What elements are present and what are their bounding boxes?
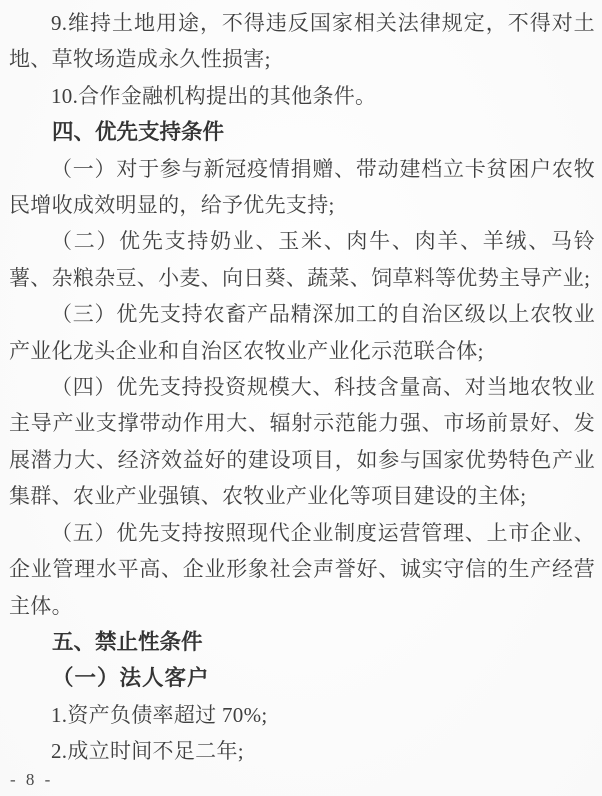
section-heading: 四、优先支持条件 [9, 114, 595, 150]
paragraph: 2.成立时间不足二年; [9, 733, 595, 769]
sub-heading: （一）法人客户 [9, 660, 595, 696]
page-number: - 8 - [10, 770, 53, 790]
paragraph: （一）对于参与新冠疫情捐赠、带动建档立卡贫困户农牧民增收成效明显的，给予优先支持… [9, 151, 595, 224]
document-page: 9.维持土地用途，不得违反国家相关法律规定，不得对土地、草牧场造成永久性损害;1… [0, 0, 602, 796]
section-heading: 五、禁止性条件 [9, 624, 595, 660]
document-body: 9.维持土地用途，不得违反国家相关法律规定，不得对土地、草牧场造成永久性损害;1… [9, 5, 595, 770]
paragraph: 1.资产负债率超过 70%; [9, 697, 595, 733]
paragraph: 10.合作金融机构提出的其他条件。 [9, 78, 595, 114]
paragraph: （三）优先支持农畜产品精深加工的自治区级以上农牧业产业化龙头企业和自治区农牧业产… [9, 296, 595, 369]
paragraph: （二）优先支持奶业、玉米、肉牛、肉羊、羊绒、马铃薯、杂粮杂豆、小麦、向日葵、蔬菜… [9, 223, 595, 296]
paragraph: （四）优先支持投资规模大、科技含量高、对当地农牧业主导产业支撑带动作用大、辐射示… [9, 369, 595, 515]
paragraph: （五）优先支持按照现代企业制度运营管理、上市企业、企业管理水平高、企业形象社会声… [9, 515, 595, 624]
paragraph: 9.维持土地用途，不得违反国家相关法律规定，不得对土地、草牧场造成永久性损害; [9, 5, 595, 78]
